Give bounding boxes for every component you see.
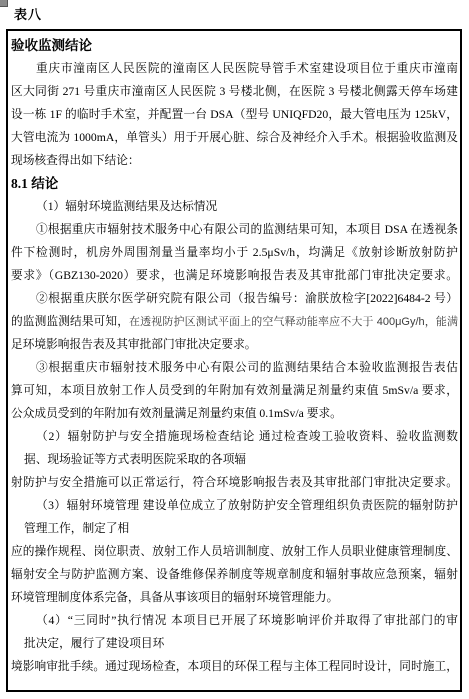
text-run: ①根据重庆市辐射技术服务中心有限公司的监测结果可知，本项目 DSA 在透视条 bbox=[36, 223, 458, 236]
text-run: 区大同街 271 号重庆市潼南区人民医院 3 号楼北侧，在医院 3 号楼北侧露天… bbox=[11, 85, 458, 98]
document-line: （3）辐射环境管理 建设单位成立了放射防护安全管理组织负责医院的辐射防护 bbox=[11, 494, 458, 517]
text-run: 公众成员受到的年附加有效剂量满足剂量约束值 0.1mSv/a 要求。 bbox=[11, 407, 342, 420]
document-line: （1）辐射环境监测结果及达标情况 bbox=[11, 195, 458, 218]
document-line: 公众成员受到的年附加有效剂量满足剂量约束值 0.1mSv/a 要求。 bbox=[11, 402, 458, 425]
text-run: （4）“三同时”执行情况 本项目已开展了环境影响评价并取得了审批部门的审 bbox=[36, 614, 458, 627]
document-line: 要求》（GBZ130-2020）要求，也满足环境影响报告表及其审批部门审批决定要… bbox=[11, 264, 458, 287]
document-line: （2）辐射防护与安全措施现场检查结论 通过检查竣工验收资料、验收监测数 bbox=[11, 425, 458, 448]
document-heading-line: 8.1 结论 bbox=[11, 172, 458, 195]
text-run: （1）辐射环境监测结果及达标情况 bbox=[36, 200, 217, 213]
document-line: 应的操作规程、岗位职责、放射工作人员培训制度、放射工作人员职业健康管理制度、 bbox=[11, 540, 458, 563]
document-line: 的监测监测结果可知，在透视防护区测试平面上的空气释动能率应不大于 400μGy/… bbox=[11, 310, 458, 333]
text-run: ②根据重庆朕尔医学研究院有限公司（报告编号：渝朕放检字[2022]6484-2 … bbox=[36, 292, 458, 305]
text-run: 辐射安全与防护监测方案、设备维修保养制度等规章制度和辐射事故应急预案，辐射 bbox=[11, 568, 458, 581]
document-line: 算可知，本项目放射工作人员受到的年附加有效剂量满足剂量约束值 5mSv/a 要求… bbox=[11, 379, 458, 402]
text-run: ③根据重庆市辐射技术服务中心有限公司的监测结果结合本验收监测报告表估 bbox=[36, 361, 458, 374]
document-line: ②根据重庆朕尔医学研究院有限公司（报告编号：渝朕放检字[2022]6484-2 … bbox=[11, 287, 458, 310]
document-line: 区大同街 271 号重庆市潼南区人民医院 3 号楼北侧，在医院 3 号楼北侧露天… bbox=[11, 80, 458, 103]
document-line: 设一栋 1F 的临时手术室，并配置一台 DSA（型号 UNIQFD20，最大管电… bbox=[11, 103, 458, 126]
text-run: 设一栋 1F 的临时手术室，并配置一台 DSA（型号 UNIQFD20，最大管电… bbox=[11, 108, 458, 126]
text-run: （3）辐射环境管理 建设单位成立了放射防护安全管理组织负责医院的辐射防护 bbox=[36, 499, 458, 512]
table-number-label: 表八 bbox=[14, 4, 42, 23]
text-run: 的监测监测结果可知， bbox=[11, 315, 129, 328]
text-run: 重庆市潼南区人民医院的潼南区人民医院导管手术室建设项目位于重庆市潼南 bbox=[36, 62, 458, 75]
text-run: 环境管理制度体系完备，具备从事该项目的辐射环境管理能力。 bbox=[11, 591, 338, 604]
text-run: 现场核查得出如下结论： bbox=[11, 154, 140, 167]
text-run: 件下检测时，机房外周围剂量当量率均小于 2.5μSv/h，均满足《放射诊断放射防… bbox=[11, 246, 458, 259]
document-line: （4）“三同时”执行情况 本项目已开展了环境影响评价并取得了审批部门的审 bbox=[11, 609, 458, 632]
document-line: 大管电流为 1000mA，单管头）用于开展心脏、综合及神经介入手术。根据验收监测… bbox=[11, 126, 458, 149]
document-line: 辐射安全与防护监测方案、设备维修保养制度等规章制度和辐射事故应急预案，辐射 bbox=[11, 563, 458, 586]
table-corner-handle bbox=[0, 0, 8, 7]
document-line: ①根据重庆市辐射技术服务中心有限公司的监测结果可知，本项目 DSA 在透视条 bbox=[11, 218, 458, 241]
document-line: 射防护与安全措施可以正常运行，符合环境影响报告表及其审批部门审批决定要求。 bbox=[11, 471, 458, 494]
text-run: 算可知，本项目放射工作人员受到的年附加有效剂量满足剂量约束值 5mSv/a 要求… bbox=[11, 384, 458, 397]
text-run: （2）辐射防护与安全措施现场检查结论 通过检查竣工验收资料、验收监测数 bbox=[36, 430, 458, 443]
document-line: 管理工作，制定了相 bbox=[11, 517, 458, 540]
document-line: 足环境影响报告表及其审批部门审批决定要求。 bbox=[11, 333, 458, 356]
text-run: 批决定，履行了建设项目环 bbox=[24, 637, 164, 650]
document-line: 现场核查得出如下结论： bbox=[11, 149, 458, 172]
document-line: 据、现场验证等方式表明医院采取的各项辐 bbox=[11, 448, 458, 471]
text-run: 境影响审批手续。通过现场检查，本项目的环保工程与主体工程同时设计，同时施工， bbox=[11, 660, 458, 673]
pasted-text-run: 在透视防护区测试平面上的空气释动能率应不大于 400μGy/h，能满 bbox=[129, 316, 458, 328]
text-run: 应的操作规程、岗位职责、放射工作人员培训制度、放射工作人员职业健康管理制度、 bbox=[11, 545, 458, 558]
document-line: ③根据重庆市辐射技术服务中心有限公司的监测结果结合本验收监测报告表估 bbox=[11, 356, 458, 379]
text-run: 据、现场验证等方式表明医院采取的各项辐 bbox=[24, 453, 246, 466]
document-line: 件下检测时，机房外周围剂量当量率均小于 2.5μSv/h，均满足《放射诊断放射防… bbox=[11, 241, 458, 264]
text-run: 大管电流为 1000mA，单管头）用于开展心脏、综合及神经介入手术。根据验收监测… bbox=[11, 131, 458, 144]
text-run: 8.1 结论 bbox=[11, 176, 58, 191]
text-run: 管理工作，制定了相 bbox=[24, 522, 129, 535]
document-heading-line: 验收监测结论 bbox=[11, 34, 458, 57]
document-page: { "page": { "table_label": "表八" }, "styl… bbox=[0, 0, 469, 699]
document-line: 境影响审批手续。通过现场检查，本项目的环保工程与主体工程同时设计，同时施工， bbox=[11, 655, 458, 678]
document-lines: 验收监测结论重庆市潼南区人民医院的潼南区人民医院导管手术室建设项目位于重庆市潼南… bbox=[11, 34, 458, 678]
document-line: 批决定，履行了建设项目环 bbox=[11, 632, 458, 655]
text-run: 足环境影响报告表及其审批部门审批决定要求。 bbox=[11, 338, 256, 351]
document-line: 重庆市潼南区人民医院的潼南区人民医院导管手术室建设项目位于重庆市潼南 bbox=[11, 57, 458, 80]
conclusion-box: 验收监测结论重庆市潼南区人民医院的潼南区人民医院导管手术室建设项目位于重庆市潼南… bbox=[6, 29, 462, 692]
text-run: 验收监测结论 bbox=[11, 38, 92, 53]
text-run: 射防护与安全措施可以正常运行，符合环境影响报告表及其审批部门审批决定要求。 bbox=[11, 476, 458, 489]
document-line: 环境管理制度体系完备，具备从事该项目的辐射环境管理能力。 bbox=[11, 586, 458, 609]
text-run: 要求》（GBZ130-2020）要求，也满足环境影响报告表及其审批部门审批决定要… bbox=[11, 269, 458, 282]
